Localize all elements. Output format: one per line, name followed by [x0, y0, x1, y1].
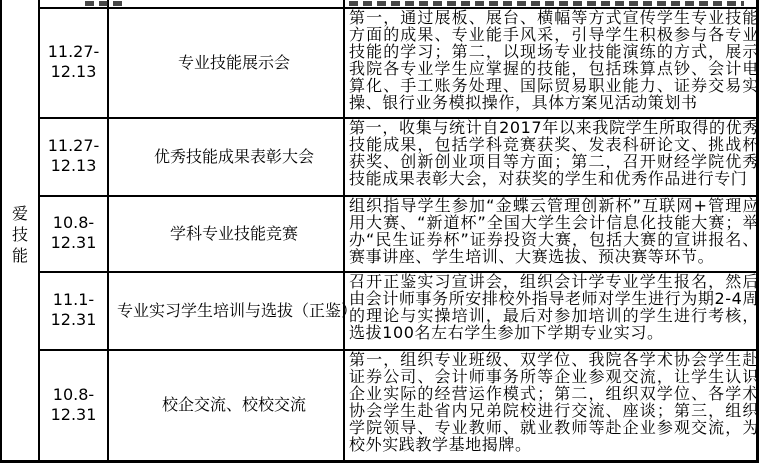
description-cell-row-4: 召开正鉴实习宣讲会，组织会计学专业学生报名，然后由会计师事务所安排校外指导老师对…	[345, 272, 759, 349]
date-cell-row-3: 10.8- 12.31	[40, 197, 107, 269]
table-border-bottom	[0, 460, 759, 463]
description-cell-row-1: 第一，通过展板、展台、横幅等方式宣传学生专业技能方面的成果、专业能手风采，引导学…	[345, 8, 759, 117]
activity-cell-row-3: 学科专业技能竞赛	[109, 197, 359, 269]
clipped-description-text-remnant	[349, 1, 744, 6]
date-cell-row-4: 11.1- 12.31	[40, 273, 107, 347]
clipped-date-text-remnant	[85, 1, 125, 6]
activity-cell-row-5: 校企交流、校校交流	[109, 351, 359, 458]
category-cell: 爱技能	[2, 9, 38, 460]
activity-schedule-table: 爱技能 11.27- 12.13 专业技能展示会 第一，通过展板、展台、横幅等方…	[0, 0, 759, 465]
activity-cell-row-2: 优秀技能成果表彰大会	[109, 119, 359, 193]
date-cell-row-2: 11.27- 12.13	[40, 119, 107, 193]
description-cell-row-5: 第一，组织专业班级、双学位、我院各学术协会学生赴证券公司、会计师事务所等企业参观…	[345, 350, 759, 460]
activity-cell-row-4: 专业实习学生培训与选拔（正鉴）	[109, 273, 359, 347]
category-label: 爱技能	[11, 203, 29, 266]
date-cell-row-1: 11.27- 12.13	[40, 9, 107, 115]
activity-cell-row-1: 专业技能展示会	[109, 9, 359, 115]
description-cell-row-3: 组织指导学生参加“金蝶云管理创新杯”互联网+管理应用大赛、“新道杯”全国大学生会…	[345, 196, 759, 271]
description-cell-row-2: 第一，收集与统计自2017年以来我院学生所取得的优秀技能成果，包括学科竞赛获奖、…	[345, 118, 759, 195]
date-cell-row-5: 10.8- 12.31	[40, 351, 107, 458]
